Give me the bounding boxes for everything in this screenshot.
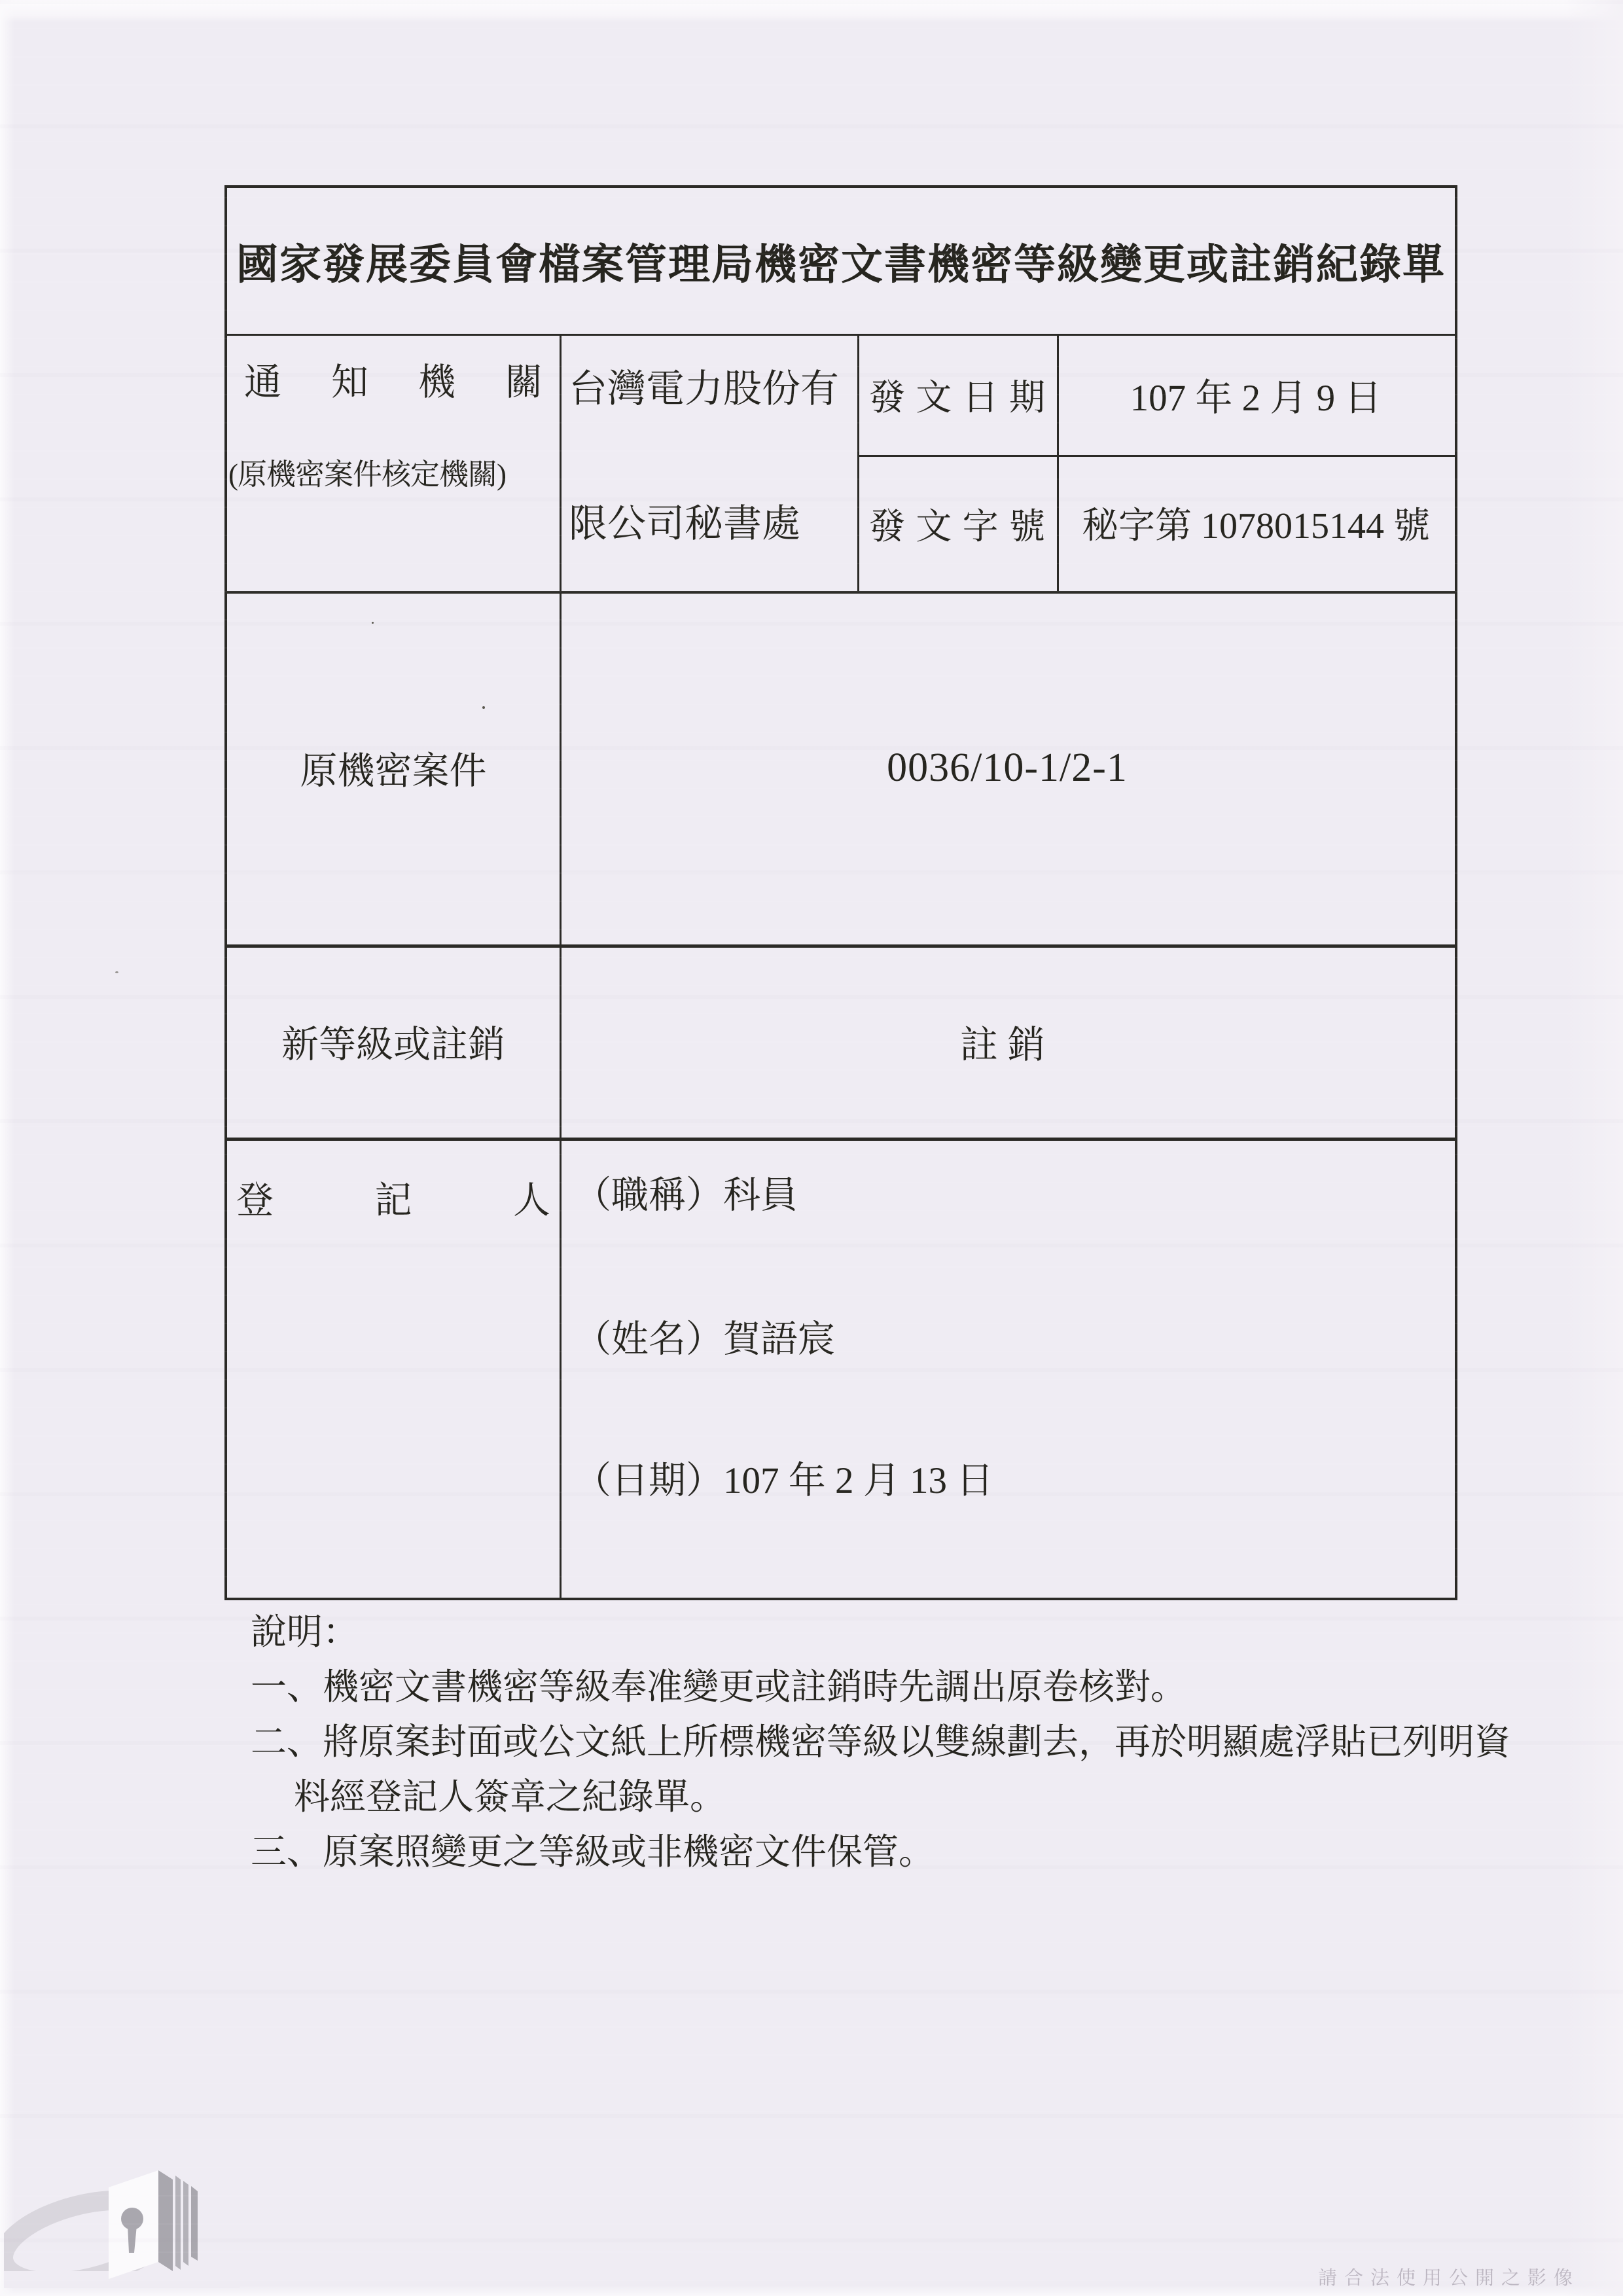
issue-date-label-cell: 發 文 日 期 <box>857 334 1057 455</box>
issue-number-value: 秘字第 1078015144 號 <box>1082 497 1430 549</box>
note-item-3: 三、原案照變更之等級或非機密文件保管。 <box>251 1825 1546 1880</box>
notify-agency-label: 通 知 機 關 <box>227 352 560 406</box>
usage-watermark-text: 請合法使用公開之影像 <box>1318 2263 1580 2290</box>
notify-agency-sublabel: (原機密案件核定機關) <box>228 450 561 493</box>
registrar-name-line: （姓名）賀語宸 <box>574 1309 835 1363</box>
scan-speck <box>482 706 485 709</box>
original-case-label: 原機密案件 <box>300 741 487 795</box>
new-level-label-cell: 新等級或註銷 <box>227 944 560 1138</box>
note-item-2-continuation: 料經登記人簽章之紀錄單。 <box>294 1770 1546 1825</box>
issue-date-value: 107 年 2 月 9 日 <box>1130 368 1382 422</box>
issue-number-label-cell: 發 文 字 號 <box>857 455 1057 591</box>
agency-name-line2: 限公司秘書處 <box>569 492 800 548</box>
archives-logo-watermark <box>4 2119 240 2288</box>
registrar-label-cell: 登 記 人 <box>227 1138 560 1598</box>
original-case-value-cell: 0036/10-1/2-1 <box>560 591 1455 944</box>
issue-date-value-cell: 107 年 2 月 9 日 <box>1057 334 1455 455</box>
registrar-label: 登 記 人 <box>227 1170 560 1224</box>
new-level-label: 新等級或註銷 <box>281 1014 505 1068</box>
scan-speck <box>372 622 374 624</box>
issue-number-value-cell: 秘字第 1078015144 號 <box>1057 455 1455 591</box>
original-case-label-cell: 原機密案件 <box>227 591 560 944</box>
scan-edge-right <box>1564 0 1623 2296</box>
scan-edge-top <box>0 0 1623 22</box>
scan-edge-left <box>0 0 14 2296</box>
scanned-document-page: 國家發展委員會檔案管理局機密文書機密等級變更或註銷紀錄單 通 知 機 關 (原機… <box>0 0 1623 2296</box>
new-level-value: 註銷 <box>960 1014 1054 1069</box>
issue-number-label: 發 文 字 號 <box>857 497 1057 549</box>
record-form-table: 國家發展委員會檔案管理局機密文書機密等級變更或註銷紀錄單 通 知 機 關 (原機… <box>224 185 1457 1600</box>
note-item-1: 一、機密文書機密等級奉准變更或註銷時先調出原卷核對。 <box>251 1660 1546 1715</box>
agency-name-line1: 台灣電力股份有 <box>569 357 839 413</box>
issue-date-label: 發 文 日 期 <box>857 368 1057 420</box>
notes-section: 說明： 一、機密文書機密等級奉准變更或註銷時先調出原卷核對。 二、將原案封面或公… <box>251 1605 1546 1880</box>
document-title: 國家發展委員會檔案管理局機密文書機密等級變更或註銷紀錄單 <box>227 188 1455 334</box>
registrar-title-line: （職稱）科員 <box>574 1165 798 1219</box>
new-level-value-cell: 註銷 <box>560 944 1455 1138</box>
note-item-2: 二、將原案封面或公文紙上所標機密等級以雙線劃去，再於明顯處浮貼已列明資 <box>251 1715 1546 1770</box>
document-title-text: 國家發展委員會檔案管理局機密文書機密等級變更或註銷紀錄單 <box>236 231 1446 291</box>
registrar-value-cell: （職稱）科員 （姓名）賀語宸 （日期）107 年 2 月 13 日 <box>560 1138 1455 1598</box>
notify-agency-label-cell: 通 知 機 關 (原機密案件核定機關) <box>227 334 560 591</box>
notes-heading: 說明： <box>251 1605 1546 1660</box>
scan-speck <box>115 971 118 973</box>
notify-agency-value-cell: 台灣電力股份有 限公司秘書處 <box>560 334 857 591</box>
registrar-date-line: （日期）107 年 2 月 13 日 <box>574 1450 993 1504</box>
original-case-number: 0036/10-1/2-1 <box>887 745 1128 791</box>
